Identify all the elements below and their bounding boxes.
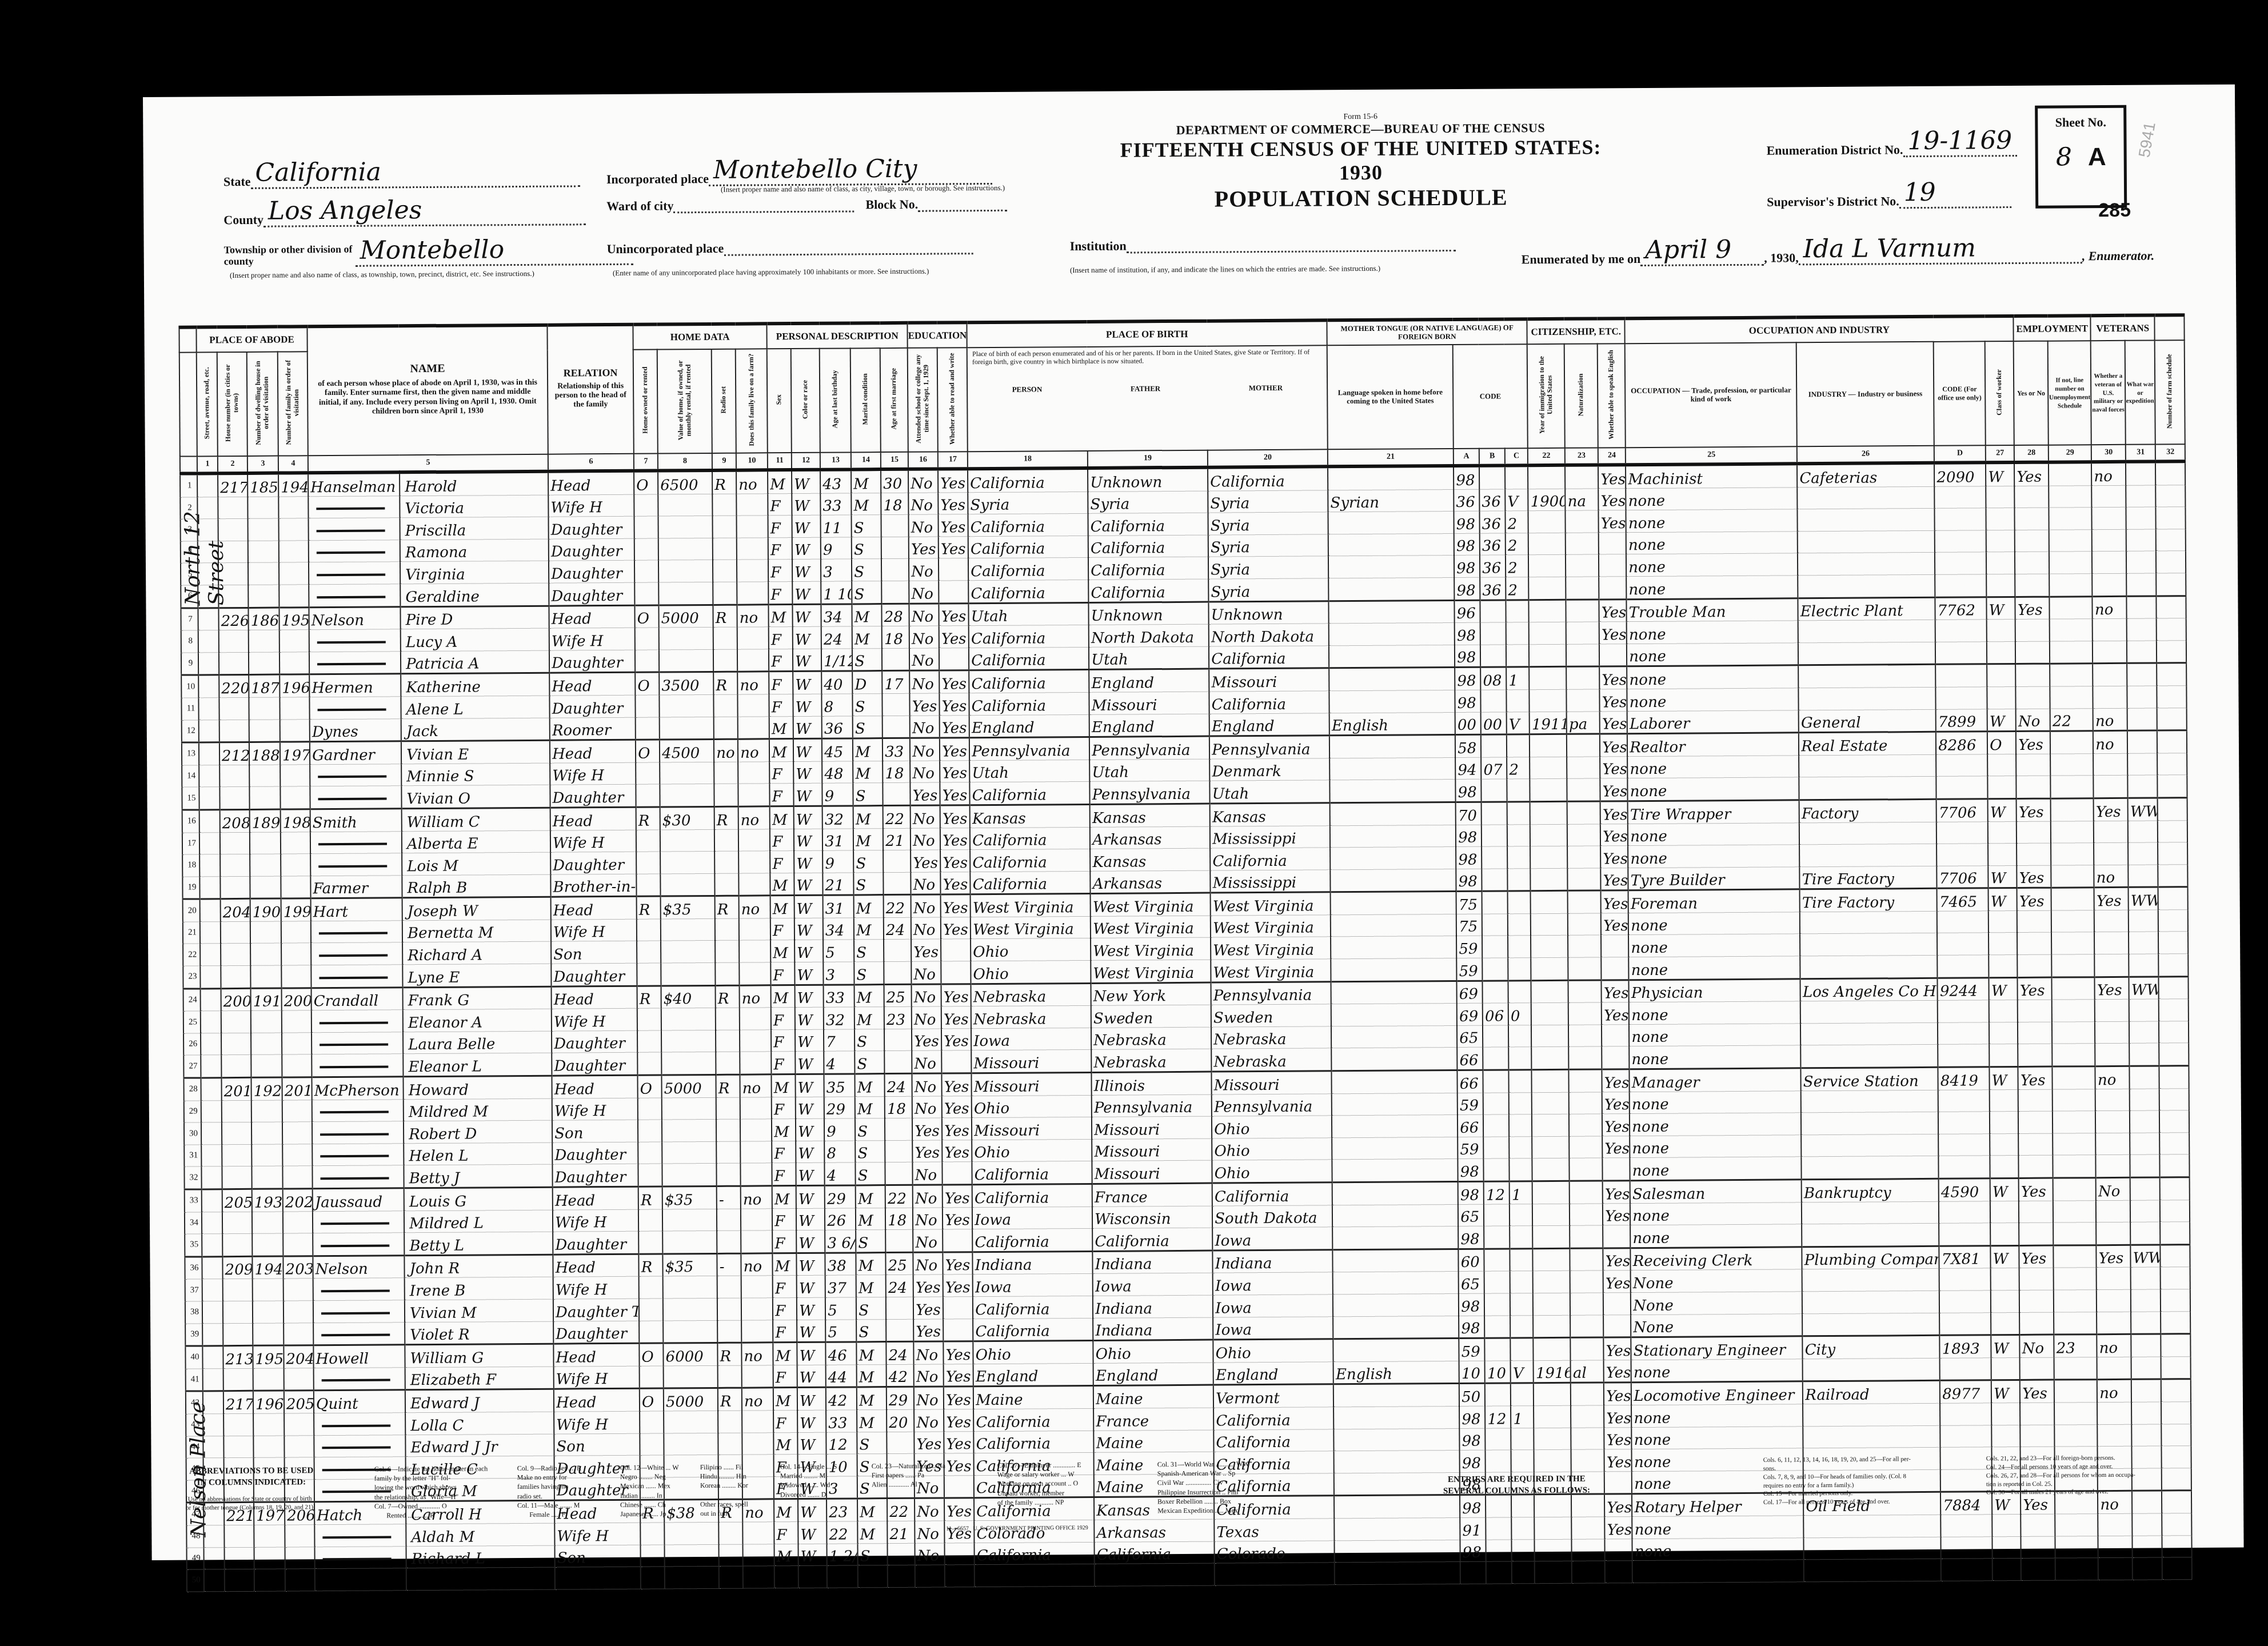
- mother-tongue-cell: [1333, 1249, 1459, 1272]
- radio-set-cell: [718, 1433, 742, 1455]
- class-of-worker-cell: [1989, 1022, 2018, 1044]
- surname-cell: Crandall: [312, 987, 403, 1010]
- class-of-worker-cell: [1990, 1156, 2019, 1178]
- class-of-worker-cell: [1989, 910, 2017, 933]
- mother-tongue-cell: [1333, 1428, 1459, 1451]
- surname-cell: [315, 1568, 406, 1591]
- speaks-english-cell: Yes: [1601, 890, 1628, 913]
- occupation-code-cell: [1941, 1536, 1993, 1559]
- relation-cell: Daughter: [552, 1053, 637, 1076]
- naturalization-cell: [1571, 1427, 1604, 1449]
- mother-tongue-cell: [1330, 802, 1456, 825]
- house-number-cell: [219, 765, 249, 787]
- marital-condition-cell: M: [853, 828, 883, 850]
- occupation-code-cell: 7X81: [1939, 1246, 1991, 1269]
- relation-cell: Wife H: [553, 1209, 638, 1232]
- war-cell: [2127, 708, 2157, 731]
- class-of-worker-cell: W: [1986, 462, 2014, 486]
- farm-cell: no: [738, 739, 769, 762]
- birthplace-person-cell: Pennsylvania: [969, 737, 1089, 761]
- family-number-cell: [282, 1054, 312, 1077]
- code-b-cell: [1483, 1114, 1509, 1137]
- speaks-english-cell: Yes: [1604, 1427, 1631, 1449]
- mother-tongue-cell: [1331, 1048, 1457, 1071]
- unemployment-line-cell: [2049, 508, 2092, 530]
- birthplace-father-cell: Unknown: [1089, 602, 1209, 625]
- street-cell: [199, 787, 219, 810]
- age-cell: 45: [822, 738, 853, 761]
- farm-schedule-cell: [2158, 910, 2188, 932]
- relation-cell: Head: [548, 471, 634, 495]
- class-of-worker-cell: W: [1987, 709, 2016, 732]
- marital-condition-cell: M: [853, 806, 883, 829]
- given-name-cell: Irene B: [405, 1277, 553, 1300]
- relation-cell: Head: [549, 673, 635, 696]
- house-number-cell: [222, 1212, 252, 1234]
- war-cell: [2133, 1535, 2162, 1557]
- age-cell: 11: [821, 515, 852, 537]
- code-c-cell: [1506, 600, 1529, 622]
- unemployment-line-cell: [2053, 1155, 2096, 1178]
- relation-cell: Head: [552, 986, 637, 1009]
- attended-school-cell: No: [911, 894, 941, 917]
- group-name: NAME of each person whose place of abode…: [308, 325, 548, 456]
- ditto-dash: [321, 1334, 390, 1337]
- enumerated-date: April 9: [1640, 235, 1764, 266]
- code-c-cell: [1507, 690, 1530, 712]
- speaks-english-cell: Yes: [1598, 488, 1626, 510]
- dwelling-number-cell: [249, 697, 279, 720]
- given-name-cell: Pire D: [401, 606, 549, 629]
- birthplace-father-cell: Kansas: [1090, 804, 1210, 827]
- dwelling-number-cell: [250, 854, 281, 876]
- relation-cell: Daughter: [550, 852, 636, 874]
- attended-school-cell: No: [913, 1208, 943, 1230]
- mother-tongue-cell: English: [1329, 712, 1455, 736]
- enumerated-year: , 1930,: [1764, 250, 1799, 265]
- home-value-cell: [661, 1030, 716, 1052]
- relation-cell: Wife H: [553, 1277, 639, 1300]
- naturalization-cell: [1566, 666, 1599, 689]
- ditto-dash: [317, 552, 385, 554]
- naturalization-cell: [1567, 734, 1600, 757]
- birthplace-father-cell: New York: [1091, 982, 1211, 1006]
- unemployment-line-cell: [2051, 821, 2094, 843]
- relation-cell: Head: [549, 605, 635, 629]
- attended-school-cell: Yes: [910, 693, 940, 716]
- occupation-code-cell: [1935, 530, 1986, 553]
- street-cell: [202, 1212, 222, 1234]
- family-number-cell: [281, 832, 310, 854]
- birthplace-father-cell: Unknown: [1088, 468, 1208, 492]
- street-cell: [203, 1414, 223, 1436]
- age-first-marriage-cell: [885, 1229, 913, 1252]
- family-number-cell: [281, 876, 310, 898]
- birthplace-person-cell: Ohio: [973, 1341, 1093, 1364]
- code-c-cell: [1510, 1271, 1533, 1293]
- family-number-cell: [284, 1435, 314, 1457]
- immigration-year-cell: [1532, 1136, 1569, 1158]
- surname-cell: [309, 629, 401, 652]
- at-work-cell: [2015, 641, 2050, 664]
- surname-cell: [308, 496, 400, 518]
- code-a-cell: 98: [1456, 869, 1482, 892]
- marital-condition-cell: S: [852, 537, 881, 559]
- mother-tongue-cell: [1328, 577, 1454, 601]
- race-cell: W: [796, 1097, 824, 1119]
- street-cell: [197, 497, 218, 519]
- naturalization-cell: [1568, 1002, 1602, 1025]
- code-c-cell: [1507, 846, 1530, 869]
- home-value-cell: 5000: [659, 605, 713, 628]
- code-c-cell: [1509, 1092, 1532, 1114]
- naturalization-cell: na: [1565, 489, 1598, 511]
- naturalization-cell: [1568, 890, 1601, 913]
- mother-tongue-cell: [1335, 1562, 1460, 1585]
- at-work-cell: [2020, 1357, 2054, 1380]
- dwelling-number-cell: 185: [247, 473, 278, 497]
- county-field: County Los Angeles: [223, 194, 586, 227]
- immigration-year-cell: [1533, 1315, 1570, 1338]
- given-name-cell: Bernetta M: [402, 920, 551, 942]
- house-number-cell: [221, 944, 250, 966]
- attended-school-cell: Yes: [911, 939, 941, 961]
- birthplace-mother-cell: Pennsylvania: [1212, 1093, 1332, 1116]
- house-number-cell: [219, 652, 249, 675]
- dwelling-number-cell: [247, 497, 278, 519]
- relation-cell: Daughter: [549, 538, 634, 561]
- birthplace-mother-cell: Colorado: [1215, 1540, 1335, 1563]
- race-cell: W: [794, 829, 822, 851]
- occupation-code-cell: [1939, 1291, 1991, 1313]
- birthplace-person-cell: Ohio: [972, 1139, 1092, 1162]
- home-owned-rented-cell: O: [636, 740, 660, 762]
- code-c-cell: 2: [1506, 511, 1528, 533]
- race-cell: W: [797, 1388, 826, 1411]
- age-cell: 31: [822, 828, 853, 850]
- sex-cell: M: [771, 985, 795, 1008]
- farm-cell: [743, 1544, 774, 1566]
- home-value-cell: $35: [662, 1186, 717, 1209]
- code-c-cell: [1508, 1025, 1531, 1048]
- speaks-english-cell: [1602, 1046, 1629, 1069]
- war-cell: [2127, 618, 2157, 641]
- family-number-cell: [282, 1010, 312, 1033]
- farm-schedule-cell: [2161, 1334, 2191, 1357]
- age-cell: 9: [822, 850, 853, 873]
- class-of-worker-cell: [1991, 1403, 2020, 1425]
- farm-schedule-cell: [2158, 842, 2187, 865]
- marital-condition-cell: M: [855, 1074, 885, 1097]
- code-a-cell: 59: [1458, 1137, 1483, 1159]
- farm-cell: no: [740, 1074, 772, 1097]
- home-owned-rented-cell: [638, 1120, 662, 1142]
- code-b-cell: 36: [1480, 511, 1506, 533]
- sex-cell: M: [769, 604, 793, 627]
- industry-cell: [1798, 574, 1935, 598]
- war-cell: [2129, 999, 2159, 1021]
- home-owned-rented-cell: [639, 1321, 663, 1344]
- class-of-worker-cell: [1988, 776, 2017, 799]
- age-cell: 31: [823, 895, 854, 918]
- occupation-code-cell: [1936, 754, 1987, 777]
- race-cell: W: [797, 1432, 826, 1455]
- house-number-cell: [218, 585, 248, 608]
- given-name-cell: Lois M: [402, 852, 550, 875]
- mother-tongue-cell: [1332, 1226, 1458, 1250]
- code-c-cell: 1: [1506, 667, 1529, 690]
- line-number: 37: [185, 1279, 202, 1301]
- code-c-cell: 2: [1506, 577, 1528, 600]
- speaks-english-cell: Yes: [1599, 599, 1627, 622]
- home-value-cell: [658, 494, 712, 516]
- industry-cell: Los Angeles Co Health Office: [1800, 978, 1938, 1001]
- sex-cell: F: [772, 1097, 796, 1119]
- veteran-cell: [2096, 1200, 2130, 1222]
- sheet-side: A: [2088, 143, 2106, 171]
- code-a-cell: 65: [1459, 1272, 1484, 1294]
- attended-school-cell: No: [910, 761, 940, 783]
- house-number-cell: [223, 1301, 253, 1323]
- home-owned-rented-cell: [637, 1030, 661, 1053]
- code-c-cell: [1509, 1114, 1532, 1137]
- industry-cell: [1799, 777, 1936, 800]
- occupation-code-cell: 8419: [1938, 1067, 1990, 1090]
- radio-set-cell: [713, 516, 737, 538]
- street-cell: [202, 1346, 223, 1369]
- given-name-cell: Robert D: [404, 1120, 552, 1143]
- birthplace-person-cell: California: [968, 580, 1088, 603]
- attended-school-cell: No: [914, 1409, 944, 1432]
- immigration-year-cell: [1530, 689, 1567, 712]
- radio-set-cell: [716, 1030, 740, 1052]
- surname-cell: [309, 518, 400, 541]
- title-block: Form 15-6 DEPARTMENT OF COMMERCE—BUREAU …: [1103, 111, 1618, 213]
- given-name-cell: Lucy A: [401, 628, 549, 651]
- mother-tongue-cell: [1331, 1025, 1457, 1048]
- given-name-cell: Vivian O: [401, 785, 550, 808]
- birthplace-father-cell: Utah: [1089, 646, 1209, 670]
- war-cell: [2128, 775, 2158, 798]
- at-work-cell: [2018, 1044, 2052, 1067]
- age-first-marriage-cell: 33: [883, 738, 910, 761]
- code-c-cell: [1508, 1047, 1531, 1070]
- naturalization-cell: [1572, 1539, 1605, 1561]
- street-cell: [202, 1323, 223, 1346]
- family-number-cell: [281, 943, 311, 965]
- age-cell: 9: [824, 1118, 855, 1141]
- family-number-cell: [284, 1368, 314, 1391]
- given-name-cell: Vivian E: [401, 740, 550, 764]
- dwelling-number-cell: [254, 1569, 285, 1591]
- speaks-english-cell: Yes: [1600, 734, 1627, 757]
- unemployment-line-cell: [2053, 1133, 2095, 1155]
- line-number-header: [179, 327, 196, 352]
- race-cell: W: [797, 1342, 825, 1365]
- age-first-marriage-cell: 28: [882, 604, 909, 626]
- farm-cell: [741, 1320, 773, 1343]
- relation-cell: Wife H: [554, 1366, 640, 1389]
- industry-cell: [1798, 553, 1935, 576]
- race-cell: W: [792, 560, 821, 582]
- unemployment-line-cell: [2051, 932, 2094, 954]
- relation-cell: Wife H: [548, 494, 634, 517]
- read-write-cell: Yes: [940, 828, 970, 850]
- unemployment-line-cell: [2053, 1111, 2095, 1133]
- population-schedule-table: PLACE OF ABODE NAME of each person whose…: [178, 313, 2218, 1592]
- given-name-cell: Violet R: [405, 1321, 553, 1345]
- age-first-marriage-cell: [885, 1118, 912, 1141]
- code-c-cell: [1507, 868, 1530, 891]
- marital-condition-cell: M: [854, 895, 884, 918]
- veteran-cell: [2094, 932, 2129, 954]
- code-c-cell: V: [1507, 712, 1530, 734]
- war-cell: [2129, 954, 2159, 977]
- code-c-cell: [1507, 734, 1530, 757]
- veteran-cell: [2094, 910, 2129, 932]
- war-cell: [2132, 1424, 2162, 1447]
- given-name-cell: Betty J: [404, 1165, 552, 1188]
- read-write-cell: [943, 1162, 972, 1185]
- farm-schedule-cell: [2158, 864, 2188, 887]
- radio-set-cell: R: [715, 896, 739, 918]
- ditto-dash: [316, 508, 385, 510]
- naturalization-cell: [1569, 1069, 1602, 1092]
- age-cell: 36: [822, 716, 853, 738]
- speaks-english-cell: Yes: [1600, 801, 1628, 824]
- immigration-year-cell: [1528, 533, 1566, 555]
- house-number-cell: [221, 1055, 251, 1078]
- birthplace-father-cell: California: [1095, 1541, 1215, 1564]
- home-value-cell: [660, 762, 714, 784]
- given-name-cell: Ramona: [400, 539, 549, 562]
- speaks-english-cell: Yes: [1603, 1203, 1630, 1225]
- veteran-cell: Yes: [2097, 1245, 2131, 1268]
- street-cell: [204, 1547, 225, 1569]
- class-of-worker-cell: W: [1989, 888, 2017, 911]
- read-write-cell: Yes: [942, 1096, 972, 1118]
- race-cell: W: [793, 761, 822, 784]
- surname-cell: [312, 1032, 403, 1055]
- street-cell: [200, 966, 221, 989]
- occupation-cell: none: [1626, 509, 1798, 532]
- radio-set-cell: -: [717, 1253, 741, 1276]
- occupation-code-cell: [1935, 664, 1987, 687]
- abbrev-col31: Col. 31—World War ........... WW Spanish…: [1157, 1459, 1250, 1515]
- age-first-marriage-cell: 23: [884, 1007, 912, 1029]
- read-write-cell: Yes: [940, 872, 970, 894]
- house-number-cell: [218, 563, 248, 585]
- surname-cell: McPherson: [312, 1077, 404, 1100]
- naturalization-cell: al: [1571, 1360, 1604, 1383]
- birthplace-father-cell: Sweden: [1091, 1005, 1211, 1028]
- home-owned-rented-cell: [636, 829, 660, 852]
- at-work-cell: Yes: [2015, 597, 2050, 620]
- sex-cell: M: [774, 1544, 798, 1566]
- war-cell: [2127, 730, 2157, 753]
- age-cell: 44: [826, 1365, 857, 1388]
- mother-tongue-cell: [1333, 1316, 1459, 1339]
- surname-cell: [314, 1367, 405, 1391]
- read-write-cell: Yes: [943, 1185, 972, 1208]
- occupation-cell: none: [1626, 553, 1798, 576]
- code-a-cell: 98: [1455, 645, 1480, 668]
- farm-schedule-cell: [2156, 529, 2186, 551]
- birthplace-mother-cell: England: [1213, 1362, 1333, 1385]
- immigration-year-cell: [1528, 555, 1566, 577]
- sex-cell: F: [773, 1365, 797, 1388]
- industry-cell: City: [1803, 1335, 1940, 1359]
- birthplace-father-cell: California: [1088, 557, 1208, 580]
- age-first-marriage-cell: 18: [882, 626, 909, 648]
- farm-schedule-cell: [2159, 1066, 2189, 1089]
- radio-set-cell: [717, 1320, 741, 1343]
- home-owned-rented-cell: [635, 628, 659, 650]
- war-cell: [2126, 462, 2155, 485]
- farm-cell: [741, 1298, 773, 1320]
- given-name-cell: Mildred L: [404, 1210, 553, 1233]
- naturalization-cell: [1571, 1405, 1604, 1428]
- age-first-marriage-cell: [886, 1319, 913, 1342]
- read-write-cell: [945, 1543, 975, 1565]
- house-number-cell: 201: [221, 1077, 251, 1100]
- surname-cell: Dynes: [310, 718, 401, 742]
- age-first-marriage-cell: [881, 581, 909, 604]
- war-cell: [2127, 641, 2157, 664]
- attended-school-cell: No: [912, 1073, 942, 1096]
- given-name-cell: Joseph W: [402, 897, 551, 920]
- read-write-cell: Yes: [939, 514, 968, 537]
- family-number-cell: [279, 518, 309, 541]
- occupation-cell: None: [1631, 1292, 1802, 1315]
- industry-cell: [1801, 1134, 1938, 1157]
- birthplace-mother-cell: Indiana: [1213, 1250, 1333, 1273]
- house-number-cell: [222, 1100, 251, 1122]
- at-work-cell: [2017, 776, 2051, 798]
- naturalization-cell: [1568, 1046, 1602, 1069]
- speaks-english-cell: Yes: [1604, 1405, 1631, 1428]
- home-owned-rented-cell: [640, 1433, 664, 1456]
- code-c-cell: [1507, 779, 1530, 802]
- dwelling-number-cell: [250, 921, 281, 944]
- mother-tongue-cell: English: [1333, 1361, 1459, 1384]
- home-value-cell: [665, 1544, 719, 1567]
- veteran-cell: [2095, 954, 2129, 977]
- home-value-cell: 4500: [660, 740, 714, 762]
- line-number: 18: [182, 854, 199, 877]
- mother-tongue-cell: [1332, 1204, 1458, 1227]
- farm-cell: [741, 1208, 772, 1230]
- relation-cell: Head: [550, 740, 636, 763]
- farm-schedule-cell: [2159, 976, 2189, 999]
- unemployment-line-cell: [2053, 1178, 2096, 1201]
- industry-cell: [1800, 1022, 1938, 1045]
- veteran-cell: [2093, 753, 2127, 776]
- occupation-cell: none: [1628, 912, 1800, 935]
- radio-set-cell: [713, 627, 737, 649]
- street-cell: [203, 1436, 223, 1458]
- house-number-cell: [223, 1323, 253, 1346]
- dwelling-number-cell: 186: [248, 608, 279, 630]
- house-number-cell: 220: [219, 675, 249, 698]
- family-number-cell: [283, 1211, 313, 1233]
- industry-cell: [1797, 486, 1934, 509]
- occupation-code-cell: 7762: [1935, 597, 1987, 620]
- unemployment-line-cell: [2050, 664, 2093, 686]
- birthplace-person-cell: California: [975, 1542, 1095, 1565]
- age-cell: 7: [824, 1029, 855, 1052]
- ditto-dash: [320, 1155, 389, 1158]
